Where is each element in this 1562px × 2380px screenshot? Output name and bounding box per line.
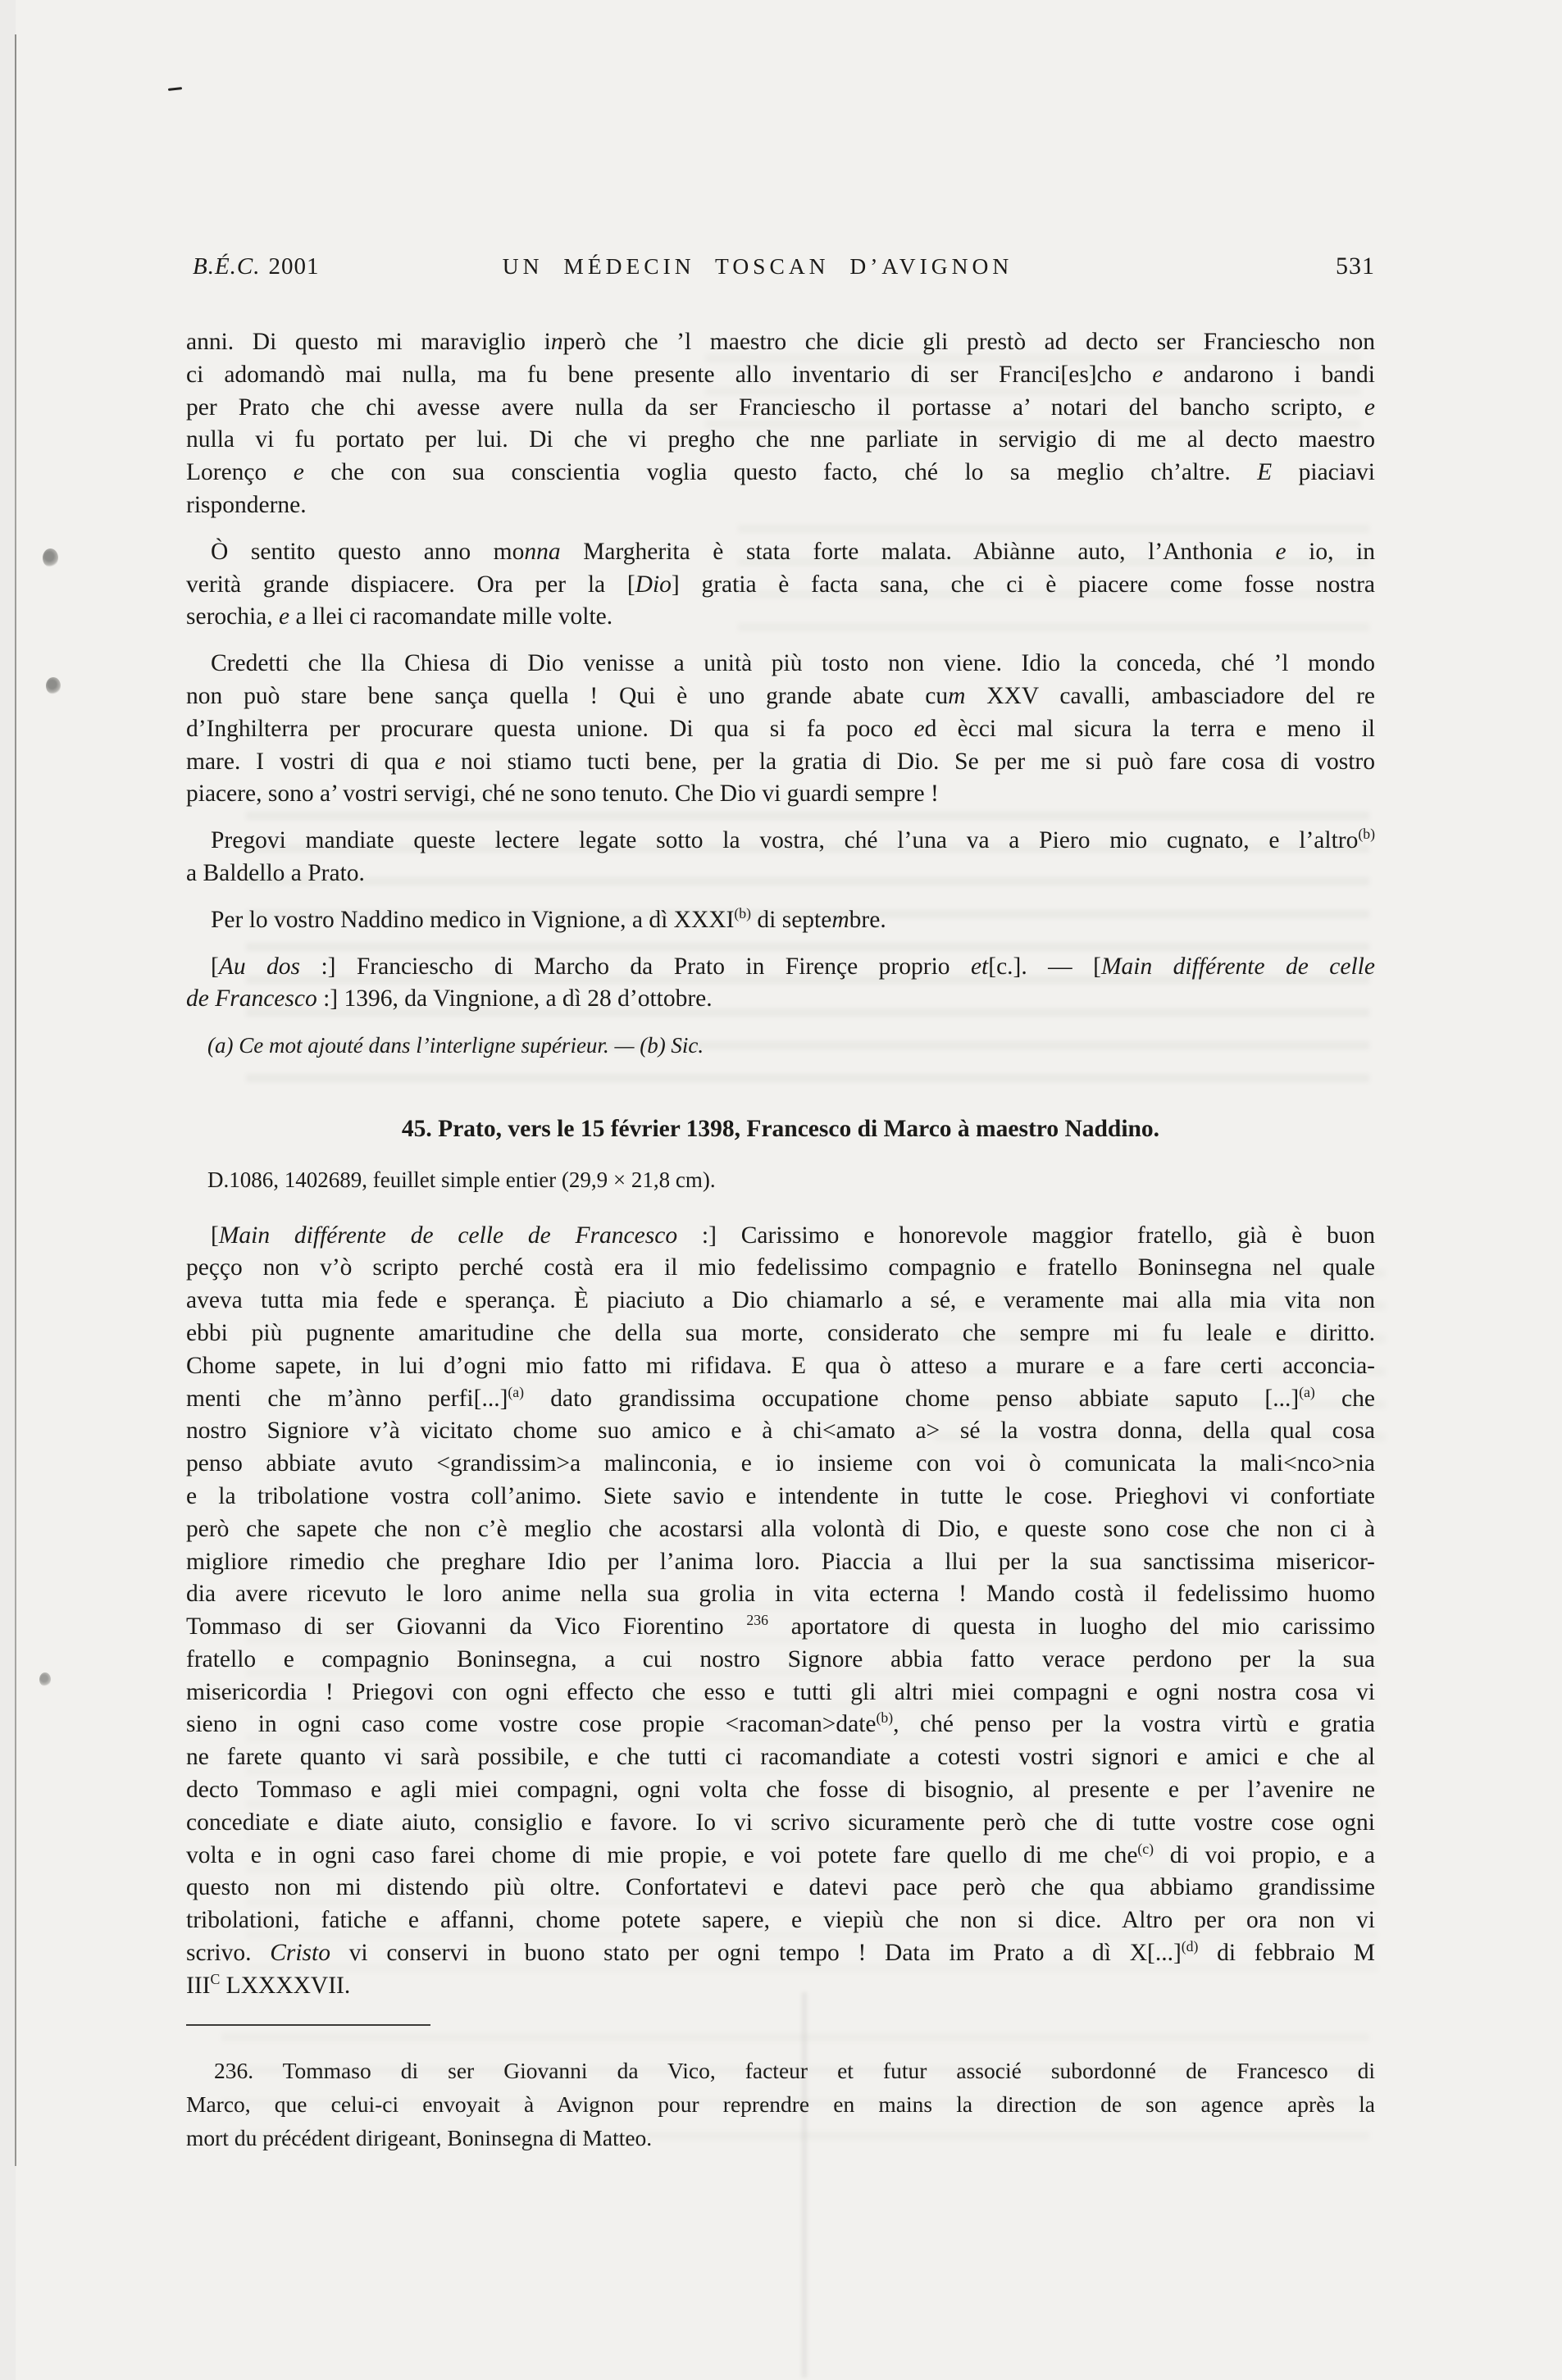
apparatus-note: (a) Ce mot ajouté dans l’interligne supé… bbox=[186, 1030, 1375, 1063]
text-line: scrivo. Cristo vi conservi in buono stat… bbox=[186, 1937, 1375, 1970]
text-line: Per lo vostro Naddino medico in Vignione… bbox=[186, 904, 1375, 937]
page-number: 531 bbox=[1336, 253, 1375, 280]
text-line: migliore rimedio che preghare Idio per l… bbox=[186, 1546, 1375, 1579]
source-reference: D.1086, 1402689, feuillet simple entier … bbox=[186, 1164, 1375, 1197]
text-line: [Au dos :] Franciescho di Marcho da Prat… bbox=[186, 951, 1375, 984]
text-line: 45. Prato, vers le 15 février 1398, Fran… bbox=[186, 1113, 1375, 1146]
text-line: a Baldello a Prato. bbox=[186, 858, 1375, 890]
text-line: decto Tommaso e agli miei compagni, ogni… bbox=[186, 1774, 1375, 1807]
text-line: anni. Di questo mi maraviglio inperò che… bbox=[186, 326, 1375, 359]
paragraph-lectere: Pregovi mandiate queste lectere legate s… bbox=[186, 825, 1375, 890]
running-head: B.É.C.2001 UN MÉDECIN TOSCAN D’AVIGNON 5… bbox=[186, 246, 1375, 280]
text-line: menti che m’ànno perfi[...](a) dato gran… bbox=[186, 1383, 1375, 1416]
paragraph-margherita: Ò sentito questo anno monna Margherita è… bbox=[186, 536, 1375, 634]
text-line: de Francesco :] 1396, da Vingnione, a dì… bbox=[186, 983, 1375, 1016]
text-line: D.1086, 1402689, feuillet simple entier … bbox=[186, 1164, 1375, 1197]
text-line: d’Inghilterra per procurare questa union… bbox=[186, 713, 1375, 746]
text-line: aveva tutta mia fede e sperança. È piaci… bbox=[186, 1285, 1375, 1317]
text-line: però che sapete che non c’è meglio che a… bbox=[186, 1513, 1375, 1546]
paragraph-address: [Au dos :] Franciescho di Marcho da Prat… bbox=[186, 951, 1375, 1017]
document-blocks: anni. Di questo mi maraviglio inperò che… bbox=[186, 326, 1375, 2155]
text-line: mort du précédent dirigeant, Boninsegna … bbox=[186, 2121, 1375, 2155]
text-line: Tommaso di ser Giovanni da Vico Fiorenti… bbox=[186, 1611, 1375, 1644]
text-line: (a) Ce mot ajouté dans l’interligne supé… bbox=[186, 1030, 1375, 1063]
scan-artifact-dash bbox=[168, 87, 182, 91]
text-line: questo non mi distendo più oltre. Confor… bbox=[186, 1872, 1375, 1904]
text-line: e la tribolatione vostra coll’animo. Sie… bbox=[186, 1481, 1375, 1513]
text-line: nostro Signiore v’à vicitato chome suo a… bbox=[186, 1415, 1375, 1448]
text-line: [Main différente de celle de Francesco :… bbox=[186, 1220, 1375, 1253]
paragraph-signature: Per lo vostro Naddino medico in Vignione… bbox=[186, 904, 1375, 937]
paragraph-chiesa: Credetti che lla Chiesa di Dio venisse a… bbox=[186, 648, 1375, 811]
text-line: Lorenço e che con sua conscientia voglia… bbox=[186, 457, 1375, 489]
text-line: per Prato che chi avesse avere nulla da … bbox=[186, 392, 1375, 425]
paragraph-continuation: anni. Di questo mi maraviglio inperò che… bbox=[186, 326, 1375, 522]
text-line: volta e in ogni caso farei chome di mie … bbox=[186, 1840, 1375, 1873]
footnote-236: 236. Tommaso di ser Giovanni da Vico, fa… bbox=[186, 2054, 1375, 2155]
scan-artifact-speck bbox=[43, 548, 58, 567]
text-line: Marco, que celui-ci envoyait à Avignon p… bbox=[186, 2087, 1375, 2121]
text-line: nulla vi fu portato per lui. Di che vi p… bbox=[186, 424, 1375, 457]
text-line: ci adomandò mai nulla, ma fu bene presen… bbox=[186, 359, 1375, 392]
text-line: ebbi più pugnente amaritudine che della … bbox=[186, 1317, 1375, 1350]
text-line: ne farete quanto vi sarà possibile, e ch… bbox=[186, 1741, 1375, 1774]
text-line: peçço non v’ò scripto perché costà era i… bbox=[186, 1252, 1375, 1285]
text-line: Ò sentito questo anno monna Margherita è… bbox=[186, 536, 1375, 569]
text-line: mare. I vostri di qua e noi stiamo tucti… bbox=[186, 746, 1375, 779]
text-line: risponderne. bbox=[186, 489, 1375, 522]
text-line: tribolationi, fatiche e affanni, chome p… bbox=[186, 1904, 1375, 1937]
text-line: 236. Tommaso di ser Giovanni da Vico, fa… bbox=[186, 2054, 1375, 2087]
running-title: UN MÉDECIN TOSCAN D’AVIGNON bbox=[186, 253, 1329, 280]
text-line: penso abbiate avuto <grandissim>a malinc… bbox=[186, 1448, 1375, 1481]
letter-45-body: [Main différente de celle de Francesco :… bbox=[186, 1220, 1375, 2003]
scan-artifact-speck bbox=[46, 677, 61, 694]
text-line: Pregovi mandiate queste lectere legate s… bbox=[186, 825, 1375, 858]
scan-artifact-speck bbox=[39, 1672, 51, 1686]
text-line: Chome sapete, in lui d’ogni mio fatto mi… bbox=[186, 1350, 1375, 1383]
scanned-book-page: B.É.C.2001 UN MÉDECIN TOSCAN D’AVIGNON 5… bbox=[0, 0, 1562, 2380]
text-line: IIIC LXXXXVII. bbox=[186, 1970, 1375, 2003]
text-line: fratello e compagnio Boninsegna, a cui n… bbox=[186, 1644, 1375, 1677]
text-line: sieno in ogni caso come vostre cose prop… bbox=[186, 1709, 1375, 1741]
section-heading: 45. Prato, vers le 15 février 1398, Fran… bbox=[186, 1113, 1375, 1146]
text-line: dia avere ricevuto le loro anime nella s… bbox=[186, 1578, 1375, 1611]
text-line: piacere, sono a’ vostri servigi, ché ne … bbox=[186, 778, 1375, 811]
scan-edge-line bbox=[15, 34, 16, 2166]
text-line: Credetti che lla Chiesa di Dio venisse a… bbox=[186, 648, 1375, 680]
text-line: non può stare bene sança quella ! Qui è … bbox=[186, 680, 1375, 713]
text-line: verità grande dispiacere. Ora per la [Di… bbox=[186, 569, 1375, 602]
footnote-separator-rule bbox=[186, 2024, 430, 2026]
text-line: serochia, e a llei ci racomandate mille … bbox=[186, 601, 1375, 634]
text-line: misericordia ! Priegovi con ogni effecto… bbox=[186, 1677, 1375, 1709]
text-line: concediate e diate aiuto, consiglio e fa… bbox=[186, 1807, 1375, 1840]
scan-edge-strip bbox=[0, 0, 16, 2380]
